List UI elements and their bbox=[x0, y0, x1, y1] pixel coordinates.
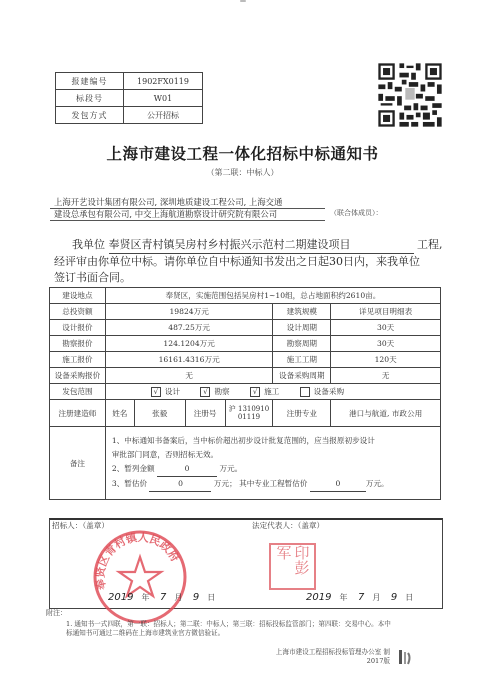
appendix-heading: 附注： bbox=[46, 608, 67, 618]
winners-suffix: （联合体成员）： bbox=[330, 208, 383, 218]
scope-row: 发包范围 √设计 √勘察 √施工 设备采购 bbox=[50, 384, 441, 400]
project-name: 奉贤区青村镇吴房村乡村振兴示范村二期建设项目 bbox=[109, 237, 414, 254]
official-round-stamp-icon: 奉贤区青村镇人民政府 bbox=[90, 527, 190, 627]
table-row: 施工报价16161.4316万元 施工工期120天 bbox=[50, 352, 441, 368]
decorative-dot bbox=[240, 0, 246, 2]
tenderer-date: 2019年 7月 9日 bbox=[100, 592, 215, 603]
location-row: 建设地点 奉贤区，实施范围包括吴房村1~10组，总占地面积约2610亩。 bbox=[50, 288, 441, 304]
checkbox-equipment[interactable] bbox=[300, 387, 310, 397]
legal-rep-label: 法定代表人：（盖章） bbox=[252, 520, 324, 531]
table-row: 勘察报价124.1204万元 勘察周期30天 bbox=[50, 336, 441, 352]
issuing-office: 上海市建设工程招标投标管理办公室 制 2017版 bbox=[260, 648, 390, 666]
scope-design: √设计 bbox=[151, 386, 180, 397]
legal-rep-date: 2019年 7月 9日 bbox=[298, 592, 413, 603]
table-row: 总投资额19824万元 建筑规模详见项目明细表 bbox=[50, 304, 441, 320]
legal-rep-square-stamp: 印彭军 bbox=[269, 543, 316, 590]
checkbox-construction[interactable]: √ bbox=[250, 387, 260, 397]
para-after-project: 工程, bbox=[417, 238, 443, 251]
table-row: 设备采购报价无 设备采购周期无 bbox=[50, 368, 441, 384]
info-row: 报建编号1902FX0119 bbox=[56, 73, 203, 90]
para-line-2: 经评审由你单位中标。请你单位自中标通知书发出之日起30日内，来我单位 bbox=[54, 254, 454, 270]
info-row: 发包方式公开招标 bbox=[56, 107, 203, 124]
table-row: 设计报价487.25万元 设计周期30天 bbox=[50, 320, 441, 336]
appendix-text: 1. 通知书一式四联，第一联：招标人；第二联：中标人；第三联：招标投标监管部门；… bbox=[66, 620, 396, 638]
checkbox-design[interactable]: √ bbox=[151, 387, 161, 397]
para-line-3: 签订书面合同。 bbox=[54, 270, 454, 286]
notes-row: 备注 1、中标通知书备案后，当中标价超出初步设计批复范围的，应当报原初步设计 审… bbox=[50, 427, 441, 500]
para-prefix: 我单位 bbox=[72, 238, 105, 251]
provisional-sum: 0 bbox=[157, 462, 217, 477]
details-table: 建设地点 奉贤区，实施范围包括吴房村1~10组，总占地面积约2610亩。 总投资… bbox=[49, 287, 441, 500]
checkbox-survey[interactable]: √ bbox=[200, 387, 210, 397]
estimated-price: 0 bbox=[149, 477, 211, 492]
winning-bidders: 上海开艺设计集团有限公司, 深圳地质建设工程公司, 上海交通 建设总承包有限公司… bbox=[50, 197, 325, 221]
office-logo-icon bbox=[398, 648, 412, 666]
notice-paragraph: 我单位 奉贤区青村镇吴房村乡村振兴示范村二期建设项目 工程, 经评审由你单位中标… bbox=[54, 237, 454, 286]
page-subtitle: （第二联：中标人） bbox=[0, 167, 485, 178]
scope-equipment: 设备采购 bbox=[300, 386, 344, 397]
scope-survey: √勘察 bbox=[200, 386, 229, 397]
qr-code-icon[interactable] bbox=[376, 61, 444, 129]
winners-line-1: 上海开艺设计集团有限公司, 深圳地质建设工程公司, 上海交通 bbox=[50, 197, 325, 209]
scope-construction: √施工 bbox=[250, 386, 279, 397]
info-table: 报建编号1902FX0119 标段号W01 发包方式公开招标 bbox=[55, 72, 203, 124]
winners-line-2: 建设总承包有限公司, 中交上海航道勘察设计研究院有限公司 bbox=[50, 209, 325, 221]
svg-text:奉贤区青村镇人民政府: 奉贤区青村镇人民政府 bbox=[93, 530, 183, 591]
info-row: 标段号W01 bbox=[56, 90, 203, 107]
page-title: 上海市建设工程一体化招标中标通知书 bbox=[0, 142, 485, 164]
registered-builder-row: 注册建造师 姓名 张毅 注册号 沪 131091001119 注册专业 港口与航… bbox=[50, 400, 441, 427]
special-estimated-price: 0 bbox=[310, 477, 366, 492]
